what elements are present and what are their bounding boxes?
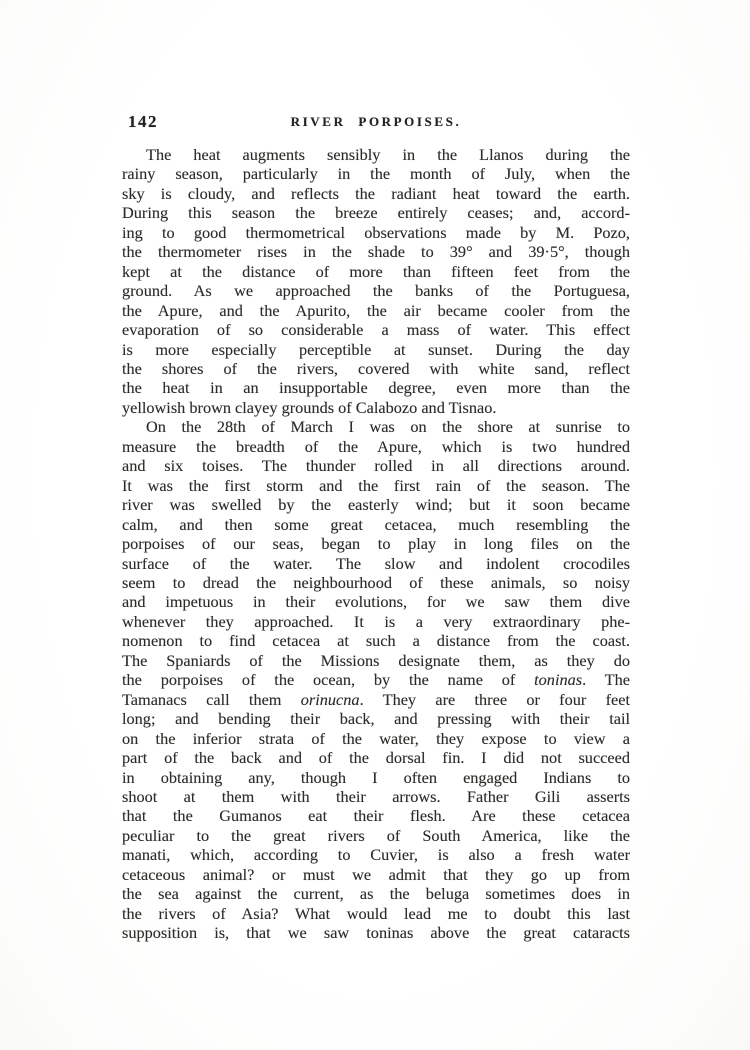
text-line: river was swelled by the easterly wind; …: [122, 495, 630, 514]
paragraph: On the 28th of March I was on the shore …: [122, 417, 630, 942]
paragraph: The heat augments sensibly in the Llanos…: [122, 145, 630, 417]
text-line: cetaceous animal? or must we admit that …: [122, 865, 630, 884]
text-line: shoot at them with their arrows. Father …: [122, 787, 630, 806]
text-line: porpoises of our seas, began to play in …: [122, 534, 630, 553]
text-line: the shores of the rivers, covered with w…: [122, 359, 630, 378]
text-line: rainy season, particularly in the month …: [122, 164, 630, 183]
text-line: The Spaniards of the Missions designate …: [122, 651, 630, 670]
text-line: the porpoises of the ocean, by the name …: [122, 670, 630, 689]
text-line: is more especially perceptible at sunset…: [122, 340, 630, 359]
text-line: The heat augments sensibly in the Llanos…: [122, 145, 630, 164]
text-line: the thermometer rises in the shade to 39…: [122, 242, 630, 261]
text-line: in obtaining any, though I often engaged…: [122, 768, 630, 787]
running-header-title: RIVER PORPOISES.: [122, 114, 630, 130]
text-line: whenever they approached. It is a very e…: [122, 612, 630, 631]
text-line: the rivers of Asia? What would lead me t…: [122, 904, 630, 923]
text-line: nomenon to find cetacea at such a distan…: [122, 631, 630, 650]
text-line: the sea against the current, as the belu…: [122, 884, 630, 903]
text-line: calm, and then some great cetacea, much …: [122, 515, 630, 534]
text-line: ing to good thermometrical observations …: [122, 223, 630, 242]
text-line: ground. As we approached the banks of th…: [122, 281, 630, 300]
text-line: manati, which, according to Cuvier, is a…: [122, 845, 630, 864]
page-body: The heat augments sensibly in the Llanos…: [122, 145, 630, 943]
text-line: sky is cloudy, and reflects the radiant …: [122, 184, 630, 203]
text-line: long; and bending their back, and pressi…: [122, 709, 630, 728]
text-line: seem to dread the neighbourhood of these…: [122, 573, 630, 592]
text-line: the heat in an insupportable degree, eve…: [122, 378, 630, 397]
text-line: and impetuous in their evolutions, for w…: [122, 592, 630, 611]
text-line: kept at the distance of more than fiftee…: [122, 262, 630, 281]
text-line: surface of the water. The slow and indol…: [122, 554, 630, 573]
text-line: supposition is, that we saw toninas abov…: [122, 923, 630, 942]
text-line: On the 28th of March I was on the shore …: [122, 417, 630, 436]
text-line: yellowish brown clayey grounds of Calabo…: [122, 398, 630, 417]
text-line: measure the breadth of the Apure, which …: [122, 437, 630, 456]
text-line: on the inferior strata of the water, the…: [122, 729, 630, 748]
text-line: the Apure, and the Apurito, the air beca…: [122, 301, 630, 320]
text-line: It was the first storm and the first rai…: [122, 476, 630, 495]
page-header: 142 RIVER PORPOISES.: [122, 111, 630, 137]
text-line: that the Gumanos eat their flesh. Are th…: [122, 806, 630, 825]
text-line: and six toises. The thunder rolled in al…: [122, 456, 630, 475]
text-line: peculiar to the great rivers of South Am…: [122, 826, 630, 845]
text-line: Tamanacs call them orinucna. They are th…: [122, 690, 630, 709]
scanned-book-page: 142 RIVER PORPOISES. The heat augments s…: [0, 0, 750, 1050]
text-line: During this season the breeze entirely c…: [122, 203, 630, 222]
text-line: part of the back and of the dorsal fin. …: [122, 748, 630, 767]
text-line: evaporation of so considerable a mass of…: [122, 320, 630, 339]
